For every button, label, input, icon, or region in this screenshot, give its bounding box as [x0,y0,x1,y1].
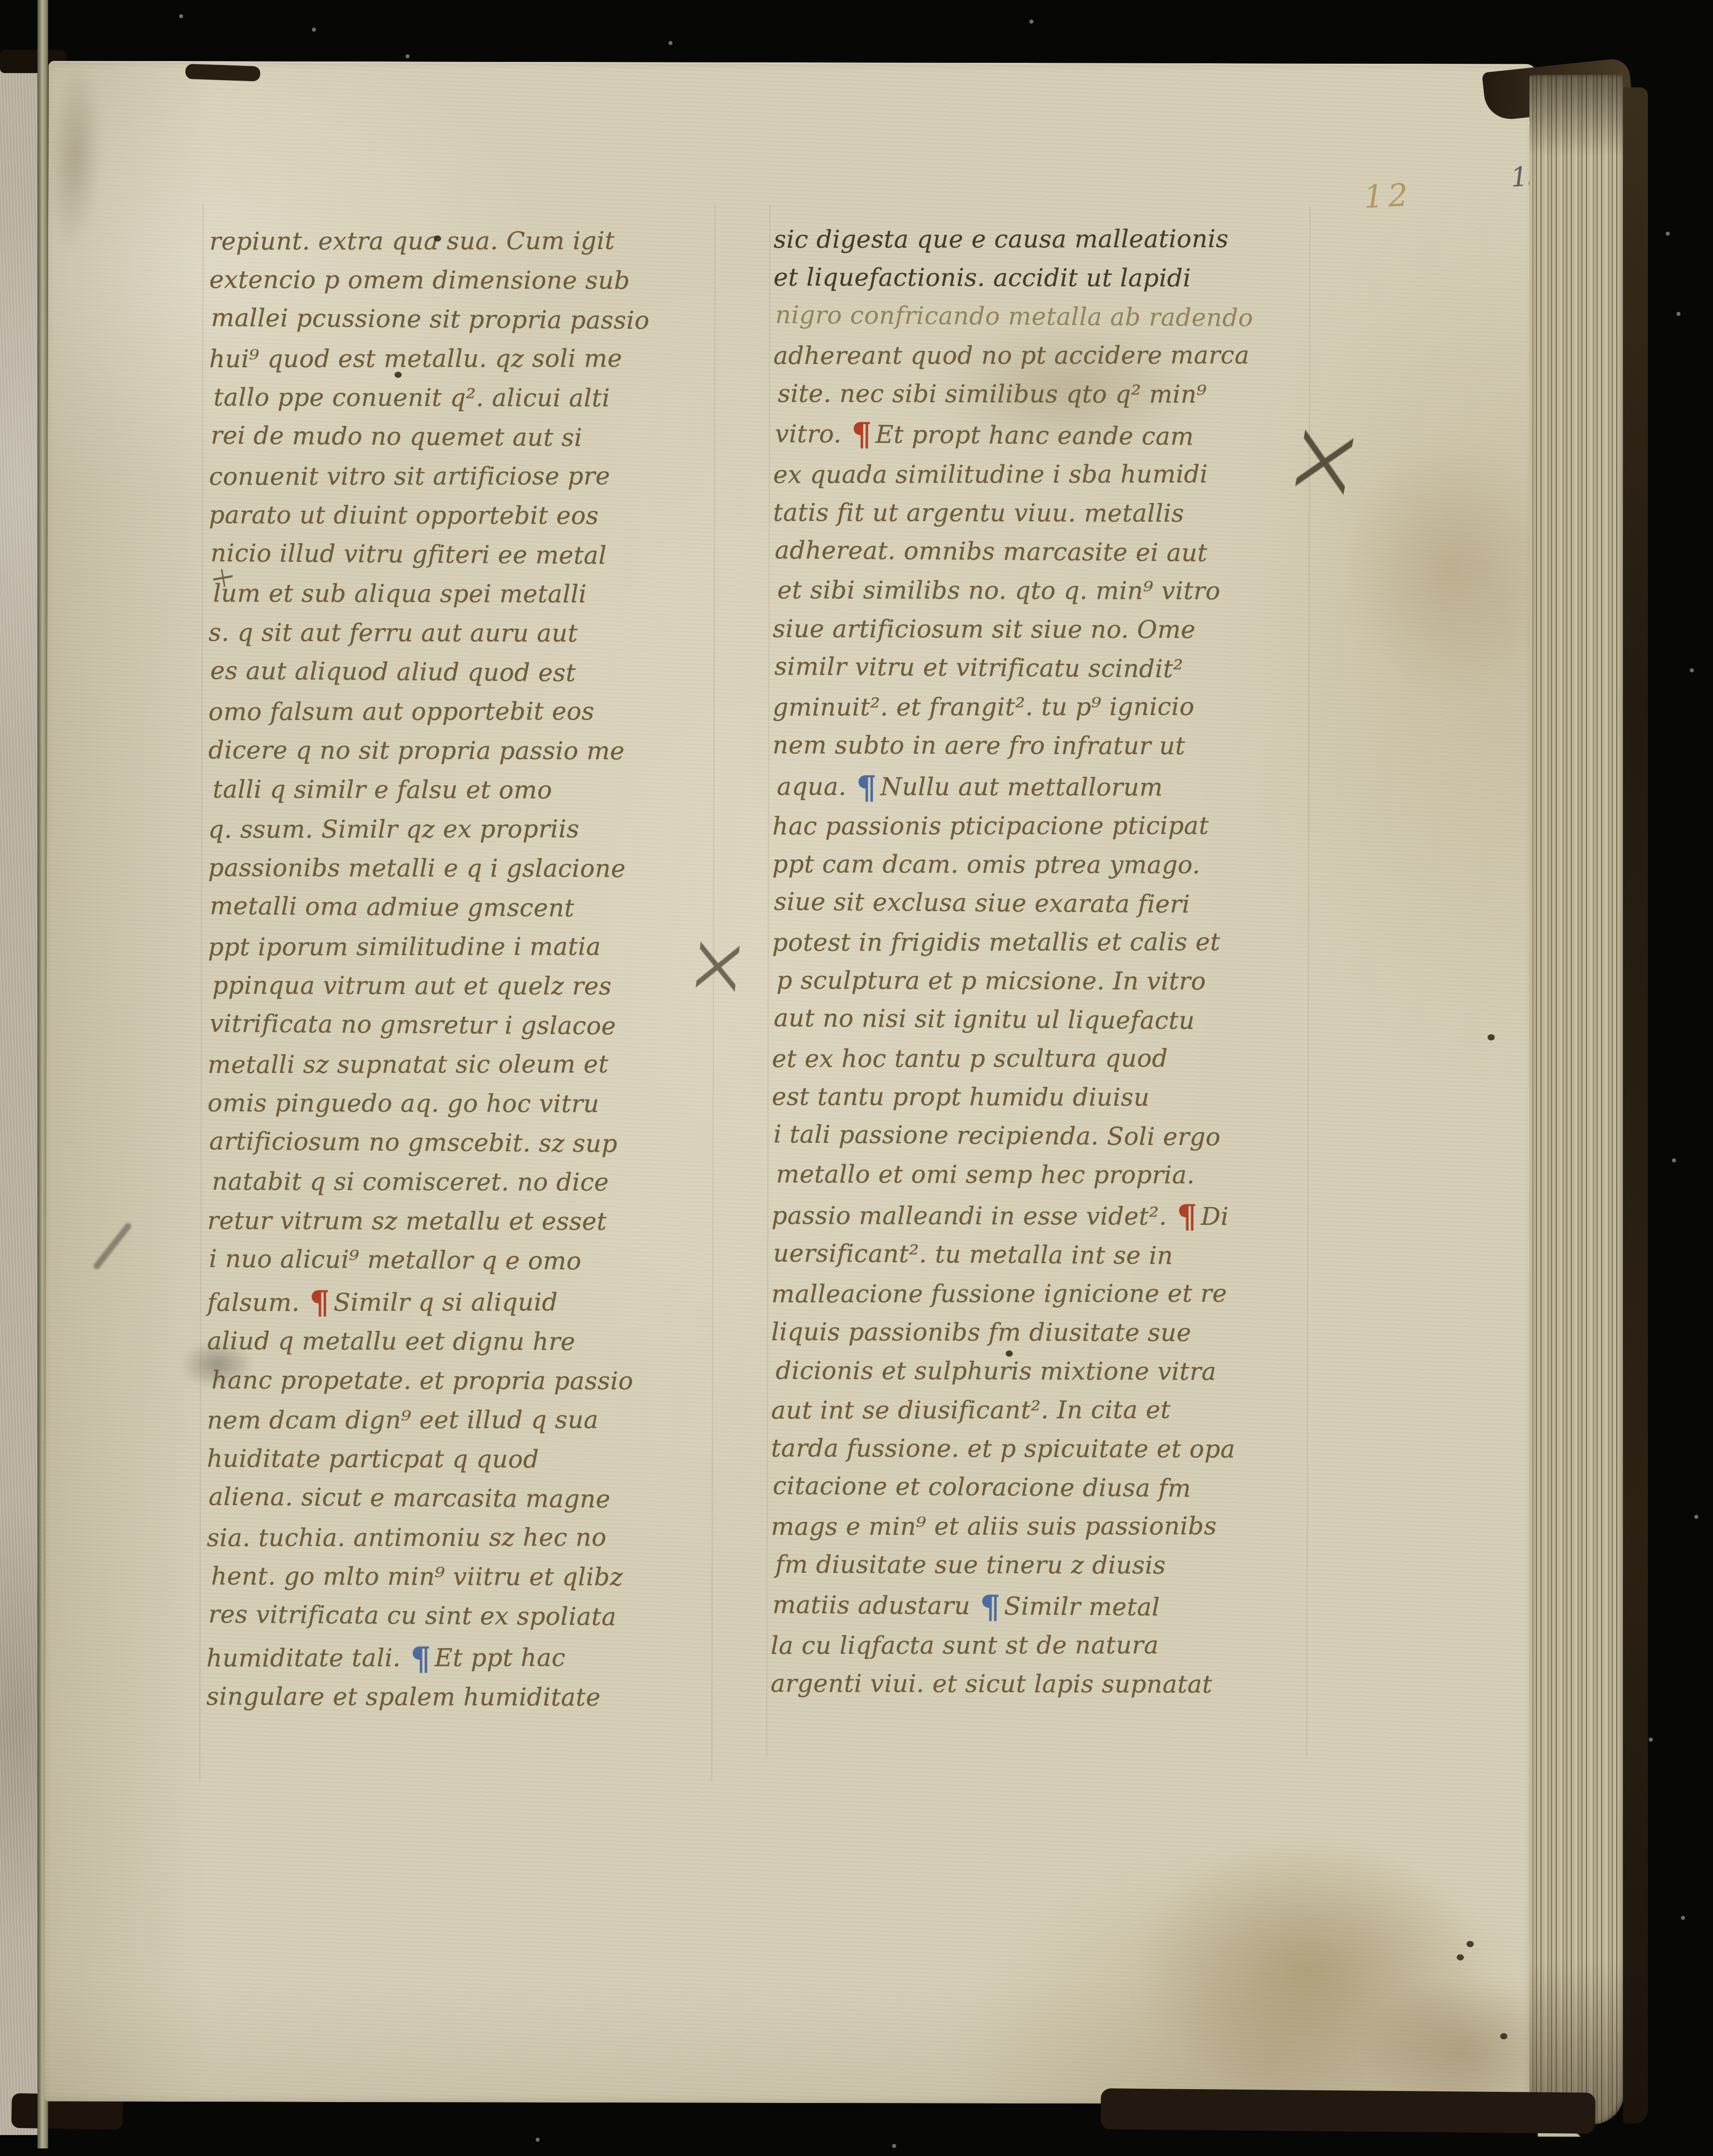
text-line: omo falsum aut opportebit eos [209,691,734,732]
text-line: repiunt. extra qua sua. Cum igit [209,221,735,261]
ink-dot [394,372,402,378]
text-line: parato ut diuint opportebit eos [209,495,735,535]
text-line: fm diusitate sue tineru z diusis [775,1545,1328,1585]
ink-smudge [180,1340,255,1389]
text-line: rei de mudo no quemet aut si [211,416,737,458]
margin-x-mark [1295,430,1353,495]
text-line: et liquefactionis. accidit ut lapidi [774,258,1326,298]
text-line: hac passionis pticipacione pticipat [772,806,1325,846]
text-line: metallo et omi semp hec propria. [776,1155,1328,1195]
fore-edge-page-stack [1529,74,1624,2124]
text-line: est tantu propt humidu diuisu [772,1077,1324,1117]
text-line: talli q similr e falsu et omo [213,769,738,810]
ink-dot [434,235,441,241]
text-line: potest in frigidis metallis et calis et [772,922,1325,962]
book-cover-bottom-edge [1101,2088,1596,2134]
text-line: citacione et coloracione diusa fm [773,1466,1326,1509]
text-line: tarda fussione. et p spicuitate et opa [771,1429,1324,1469]
text-line: omis pinguedo aq. go hoc vitru [208,1083,734,1123]
text-line: nem subto in aere fro infratur ut [772,726,1325,766]
text-line: uersificant². tu metalla int se in [773,1234,1326,1276]
dust-speck [536,2138,540,2142]
pilcrow-red: ¶ [851,415,872,454]
text-line: dicionis et sulphuris mixtione vitra [776,1351,1328,1391]
text-line: vitro. ¶Et propt hanc eande cam [775,412,1328,457]
text-line: adhereat. omnibs marcasite ei aut [775,531,1328,573]
text-line: artificiosum no gmscebit. sz sup [209,1121,735,1164]
folio-number-old: 12 [1363,176,1413,215]
text-line: hanc propetate. et propria passio [212,1360,738,1400]
text-line: sia. tuchia. antimoniu sz hec no [207,1518,733,1558]
text-line: mallei pcussione sit propria passio [211,298,737,341]
ink-dot [1467,1941,1474,1947]
pilcrow-red: ¶ [309,1283,330,1322]
text-line: ppt iporum similitudine i matia [208,927,734,967]
text-line: dicere q no sit propria passio me [208,730,734,770]
pilcrow-red: ¶ [1177,1197,1197,1236]
ink-dot [1457,1954,1464,1960]
dust-speck [892,2144,896,2148]
dust-speck [406,54,410,58]
pilcrow-blue: ¶ [980,1587,1001,1626]
dust-speck [1681,1916,1685,1920]
text-line: liquis passionibs fm diusitate sue [771,1313,1324,1353]
text-line: adhereant quod no pt accidere marca [773,335,1326,375]
text-line: conuenit vitro sit artificiose pre [209,456,735,496]
text-line: aqua. ¶Nullu aut mettallorum [777,765,1329,807]
manuscript-photo: 12 13 repiunt. extra qua sua. Cum igitex… [0,0,1713,2156]
text-line: mags e min⁹ et aliis suis passionibs [771,1506,1324,1546]
text-line: extencio p omem dimensione sub [209,260,735,300]
dust-speck [1676,312,1680,316]
dust-speck [1649,1738,1653,1742]
text-line: et ex hoc tantu p scultura quod [772,1039,1324,1078]
text-line: s. q sit aut ferru aut auru aut [209,613,734,653]
ink-drip-stain [43,60,107,254]
text-line: vitrificata no gmsretur i gslacoe [209,1004,736,1047]
text-line: falsum. ¶Similr q si aliquid [207,1280,733,1322]
dust-speck [1690,668,1694,672]
text-line: nem dcam dign⁹ eet illud q sua [207,1400,733,1440]
text-line: aut no nisi sit ignitu ul liquefactu [774,998,1327,1041]
text-column-left: repiunt. extra qua sua. Cum igitextencio… [206,221,735,1717]
text-line: siue sit exclusa siue exarata fieri [774,882,1327,925]
dust-speck [1666,232,1670,236]
text-line: nigro confricando metalla ab radendo [775,295,1328,338]
dust-speck [668,41,672,45]
text-line: es aut aliquod aliud quod est [210,651,737,694]
ink-dot [1006,1350,1013,1357]
pencil-slash-mark [92,1222,132,1270]
pilcrow-blue: ¶ [856,768,877,807]
text-line: siue artificiosum sit siue no. Ome [773,610,1325,650]
text-line: sic digesta que e causa malleationis [774,219,1326,259]
text-line: tallo ppe conuenit q². alicui alti [213,377,739,417]
text-line: aliena. sicut e marcasita magne [209,1477,735,1520]
text-line: metalli sz supnatat sic oleum et [208,1044,734,1084]
text-line: la cu liqfacta sunt st de natura [770,1625,1323,1665]
manuscript-page: 12 13 repiunt. extra qua sua. Cum igitex… [44,61,1537,2105]
text-line: aliud q metallu eet dignu hre [207,1321,733,1361]
text-line: similr vitru et vitrificatu scindit² [775,647,1328,689]
text-line: ppt cam dcam. omis ptrea ymago. [772,845,1325,885]
dust-speck [179,14,183,18]
text-line: malleacione fussione ignicione et re [771,1274,1324,1313]
text-line: huiditate particpat q quod [207,1439,733,1479]
text-line: matiis adustaru ¶Similr metal [772,1583,1325,1628]
book-cover-edge [1623,87,1648,2123]
dust-speck [1694,1515,1698,1519]
text-line: humiditate tali. ¶Et ppt hac [206,1635,732,1678]
text-line: tatis fit ut argentu viuu. metallis [773,493,1326,533]
text-line: passio malleandi in esse videt². ¶Di [771,1194,1324,1236]
text-line: argenti viui. et sicut lapis supnatat [770,1664,1323,1704]
text-line: retur vitrum sz metallu et esset [207,1201,733,1241]
text-line: ppinqua vitrum aut et quelz res [212,965,738,1006]
text-line: et sibi similibs no. qto q. min⁹ vitro [777,571,1330,611]
text-line: singulare et spalem humiditate [206,1677,732,1717]
text-line: q. ssum. Similr qz ex propriis [208,809,734,849]
text-line: gminuit². et frangit². tu p⁹ ignicio [773,687,1325,727]
text-line: aut int se diusificant². In cita et [771,1390,1324,1430]
facing-page-edge [0,68,39,2135]
ink-dot [1500,2033,1508,2039]
text-line: nicio illud vitru gfiteri ee metal [210,533,737,576]
text-line: metalli oma admiue gmscent [210,886,736,929]
dust-speck [1029,20,1033,24]
ruling-line [766,205,770,1755]
text-line: p sculptura et p micsione. In vitro [776,961,1329,1001]
text-line: ex quada similitudine i sba humidi [773,454,1326,494]
pilcrow-blue: ¶ [410,1639,431,1678]
sewing-cord [185,64,260,82]
text-column-right: sic digesta que e causa malleationiset l… [770,219,1326,1704]
text-line: hent. go mlto min⁹ viitru et qlibz [211,1556,737,1596]
margin-mark [212,568,234,589]
text-line: i tali passione recipienda. Soli ergo [773,1115,1326,1157]
text-line: site. nec sibi similibus qto q² min⁹ [778,374,1330,414]
ink-dot [1488,1034,1495,1040]
text-line: lum et sub aliqua spei metalli [213,573,739,614]
dust-speck [312,28,316,32]
ruling-line [199,204,204,1781]
text-line: i nuo alicui⁹ metallor q e omo [209,1239,735,1282]
text-line: passionibs metalli e q i gslacione [208,848,734,888]
text-line: natabit q si comisceret. no dice [212,1162,738,1202]
gutter-x-mark [696,940,740,993]
text-line: res vitrificata cu sint ex spoliata [208,1595,734,1637]
text-line: hui⁹ quod est metallu. qz soli me [209,339,735,379]
dust-speck [1672,1158,1676,1162]
